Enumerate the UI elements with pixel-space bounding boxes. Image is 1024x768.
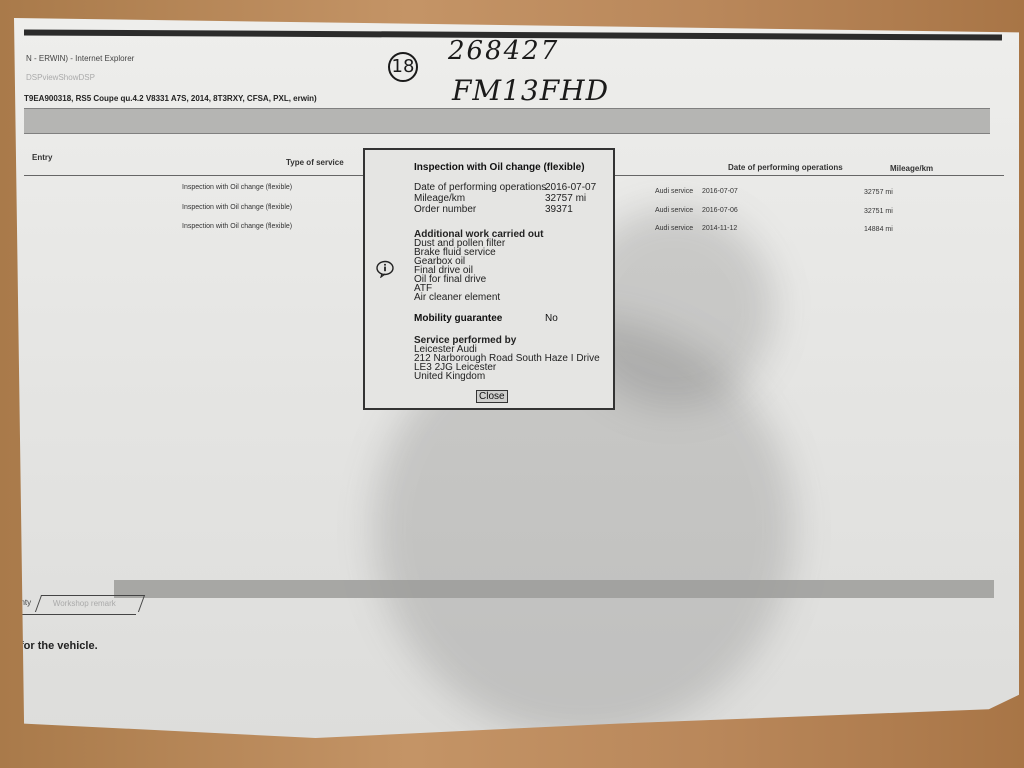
row-type: Inspection with Oil change (flexible) [182, 204, 292, 211]
field-label: Mileage/km [414, 193, 465, 204]
vehicle-summary: T9EA900318, RS5 Coupe qu.4.2 V8331 A7S, … [24, 94, 317, 103]
row-mileage: 14884 mi [864, 226, 893, 233]
info-speech-bubble-icon [375, 260, 395, 278]
work-item: Air cleaner element [414, 293, 543, 302]
tab-underline [16, 614, 136, 615]
tab-warranty[interactable]: anty [16, 598, 31, 607]
additional-work-section: Additional work carried out Dust and pol… [414, 230, 543, 302]
mobility-label: Mobility guarantee [414, 313, 502, 324]
tab-workshop-remark[interactable]: Workshop remark [35, 595, 145, 612]
row-provider: Audi service [655, 188, 693, 195]
row-date: 2016-07-06 [702, 207, 738, 214]
row-type: Inspection with Oil change (flexible) [182, 184, 292, 191]
row-date: 2016-07-07 [702, 188, 738, 195]
header-band [24, 108, 990, 134]
field-order-number: Order number 39371 [414, 204, 476, 215]
row-provider: Audi service [655, 207, 693, 214]
header-mileage: Mileage/km [890, 164, 933, 173]
field-value: 2016-07-07 [545, 182, 596, 193]
handwritten-circled-number: 18 [388, 52, 418, 82]
mobility-guarantee: Mobility guarantee No [414, 313, 502, 324]
address-line: United Kingdom [414, 372, 600, 381]
row-type: Inspection with Oil change (flexible) [182, 223, 292, 230]
service-detail-dialog: Inspection with Oil change (flexible) Da… [363, 148, 615, 410]
mobility-value: No [545, 313, 558, 324]
row-provider: Audi service [655, 225, 693, 232]
field-value: 32757 mi [545, 193, 586, 204]
row-date: 2014-11-12 [702, 225, 737, 232]
handwritten-number: 268427 [448, 36, 559, 66]
dialog-title: Inspection with Oil change (flexible) [414, 162, 585, 173]
row-mileage: 32751 mi [864, 208, 893, 215]
field-value: 39371 [545, 204, 573, 215]
service-performed-section: Service performed by Leicester Audi 212 … [414, 336, 600, 381]
header-entry: Entry [32, 153, 52, 162]
handwritten-plate: FM13FHD [452, 74, 609, 107]
footer-text: for the vehicle. [20, 640, 98, 652]
close-button[interactable]: Close [476, 390, 508, 403]
printed-page: N - ERWIN) - Internet Explorer DSPviewSh… [14, 18, 1019, 738]
header-type-of-service: Type of service [286, 158, 344, 167]
field-mileage: Mileage/km 32757 mi [414, 193, 465, 204]
url-fragment: DSPviewShowDSP [26, 73, 95, 82]
header-date: Date of performing operations [728, 163, 843, 172]
field-date: Date of performing operations 2016-07-07 [414, 182, 546, 193]
tab-label: Workshop remark [53, 596, 116, 612]
field-label: Date of performing operations [414, 182, 546, 193]
work-item: Oil for final drive [414, 275, 543, 284]
window-title: N - ERWIN) - Internet Explorer [26, 54, 134, 63]
bottom-band [114, 580, 994, 598]
field-label: Order number [414, 204, 476, 215]
row-mileage: 32757 mi [864, 189, 893, 196]
